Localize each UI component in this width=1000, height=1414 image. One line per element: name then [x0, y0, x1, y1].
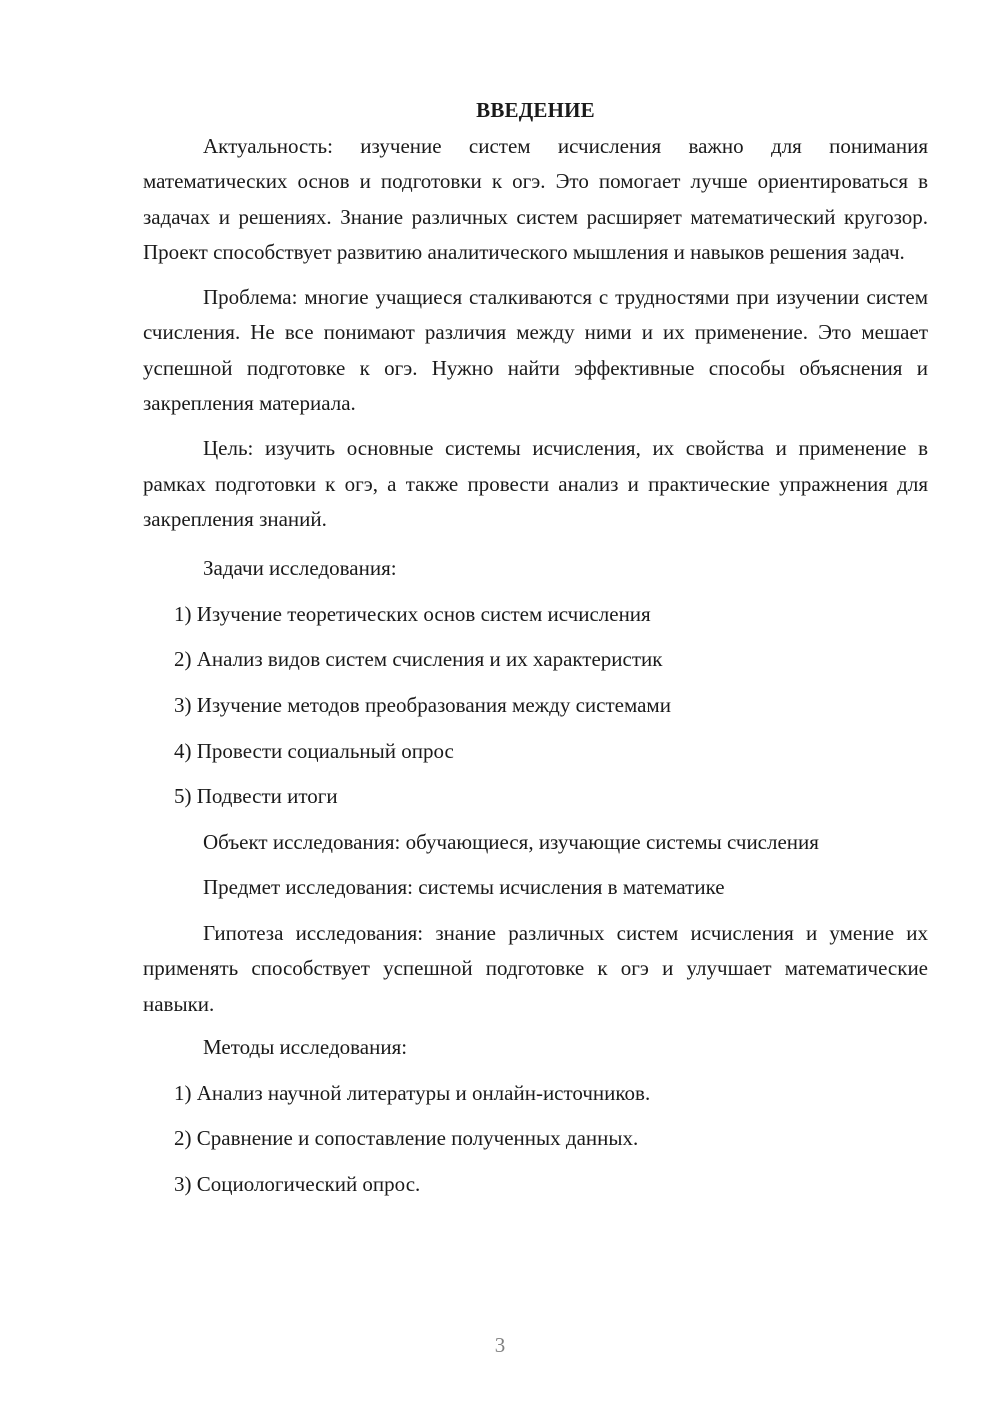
hypothesis-paragraph: Гипотеза исследования: знание различных …	[143, 916, 928, 1022]
document-page: ВВЕДЕНИЕ Актуальность: изучение систем и…	[143, 95, 928, 1212]
section-title: ВВЕДЕНИЕ	[143, 95, 928, 125]
list-item: 1) Изучение теоретических основ систем и…	[143, 597, 928, 632]
list-item: 3) Социологический опрос.	[143, 1167, 928, 1202]
tasks-heading: Задачи исследования:	[143, 551, 928, 586]
list-item: 4) Провести социальный опрос	[143, 734, 928, 769]
problem-paragraph: Проблема: многие учащиеся сталкиваются с…	[143, 280, 928, 421]
methods-list: 1) Анализ научной литературы и онлайн-ис…	[143, 1076, 928, 1202]
list-item: 2) Анализ видов систем счисления и их ха…	[143, 642, 928, 677]
relevance-paragraph: Актуальность: изучение систем исчисления…	[143, 129, 928, 270]
list-item: 1) Анализ научной литературы и онлайн-ис…	[143, 1076, 928, 1111]
list-item: 5) Подвести итоги	[143, 779, 928, 814]
goal-paragraph: Цель: изучить основные системы исчислени…	[143, 431, 928, 537]
object-line: Объект исследования: обучающиеся, изучаю…	[143, 825, 928, 860]
page-number: 3	[0, 1333, 1000, 1358]
list-item: 2) Сравнение и сопоставление полученных …	[143, 1121, 928, 1156]
methods-heading: Методы исследования:	[143, 1030, 928, 1065]
list-item: 3) Изучение методов преобразования между…	[143, 688, 928, 723]
tasks-list: 1) Изучение теоретических основ систем и…	[143, 597, 928, 814]
subject-line: Предмет исследования: системы исчисления…	[143, 870, 928, 905]
